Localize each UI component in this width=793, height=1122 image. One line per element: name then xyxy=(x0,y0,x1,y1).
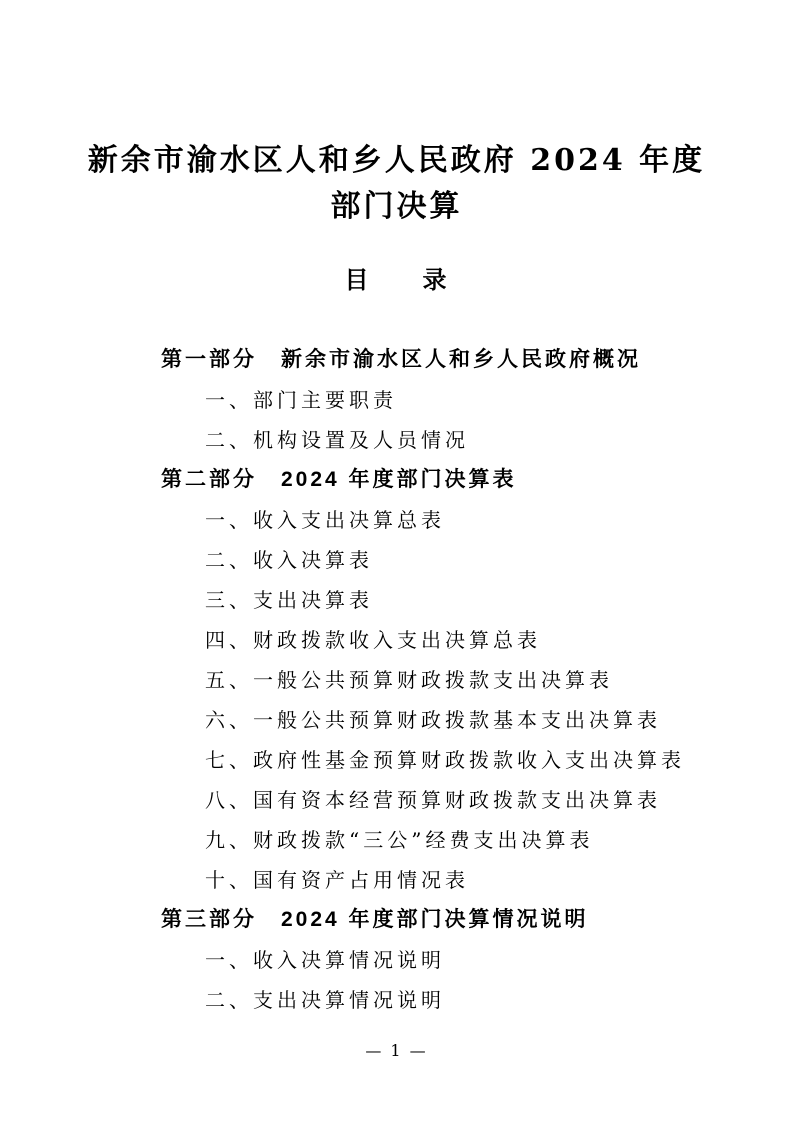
toc-item: 一、部门主要职责 xyxy=(0,380,793,420)
toc-item: 五、一般公共预算财政拨款支出决算表 xyxy=(0,660,793,700)
toc-section-heading: 第一部分新余市渝水区人和乡人民政府概况 xyxy=(0,340,793,380)
toc-section-label: 第一部分 xyxy=(161,348,257,371)
toc-section-title: 2024 年度部门决算表 xyxy=(281,468,517,491)
toc-item: 二、支出决算情况说明 xyxy=(0,980,793,1020)
toc-item: 十、国有资产占用情况表 xyxy=(0,860,793,900)
toc-item: 八、国有资本经营预算财政拨款支出决算表 xyxy=(0,780,793,820)
toc-item: 四、财政拨款收入支出决算总表 xyxy=(0,620,793,660)
document-title-line-1: 新余市渝水区人和乡人民政府 2024 年度 xyxy=(0,138,793,184)
document-title: 新余市渝水区人和乡人民政府 2024 年度 部门决算 xyxy=(0,0,793,230)
toc-item: 三、支出决算表 xyxy=(0,580,793,620)
toc-section-heading: 第二部分2024 年度部门决算表 xyxy=(0,460,793,500)
toc-item: 七、政府性基金预算财政拨款收入支出决算表 xyxy=(0,740,793,780)
toc-item: 二、收入决算表 xyxy=(0,540,793,580)
toc-item: 一、收入决算情况说明 xyxy=(0,940,793,980)
document-page: 新余市渝水区人和乡人民政府 2024 年度 部门决算 目 录 第一部分新余市渝水… xyxy=(0,0,793,1122)
toc-section-title: 新余市渝水区人和乡人民政府概况 xyxy=(281,348,641,371)
toc-item: 一、收入支出决算总表 xyxy=(0,500,793,540)
toc-section-label: 第三部分 xyxy=(161,908,257,931)
toc-heading: 目 录 xyxy=(0,264,793,296)
toc-section-heading: 第三部分2024 年度部门决算情况说明 xyxy=(0,900,793,940)
page-number: — 1 — xyxy=(0,1041,793,1060)
document-title-line-2: 部门决算 xyxy=(0,184,793,230)
table-of-contents: 第一部分新余市渝水区人和乡人民政府概况一、部门主要职责二、机构设置及人员情况第二… xyxy=(0,340,793,1020)
toc-item: 二、机构设置及人员情况 xyxy=(0,420,793,460)
toc-section-title: 2024 年度部门决算情况说明 xyxy=(281,908,589,931)
toc-item: 六、一般公共预算财政拨款基本支出决算表 xyxy=(0,700,793,740)
toc-section-label: 第二部分 xyxy=(161,468,257,491)
toc-item: 九、财政拨款“三公”经费支出决算表 xyxy=(0,820,793,860)
